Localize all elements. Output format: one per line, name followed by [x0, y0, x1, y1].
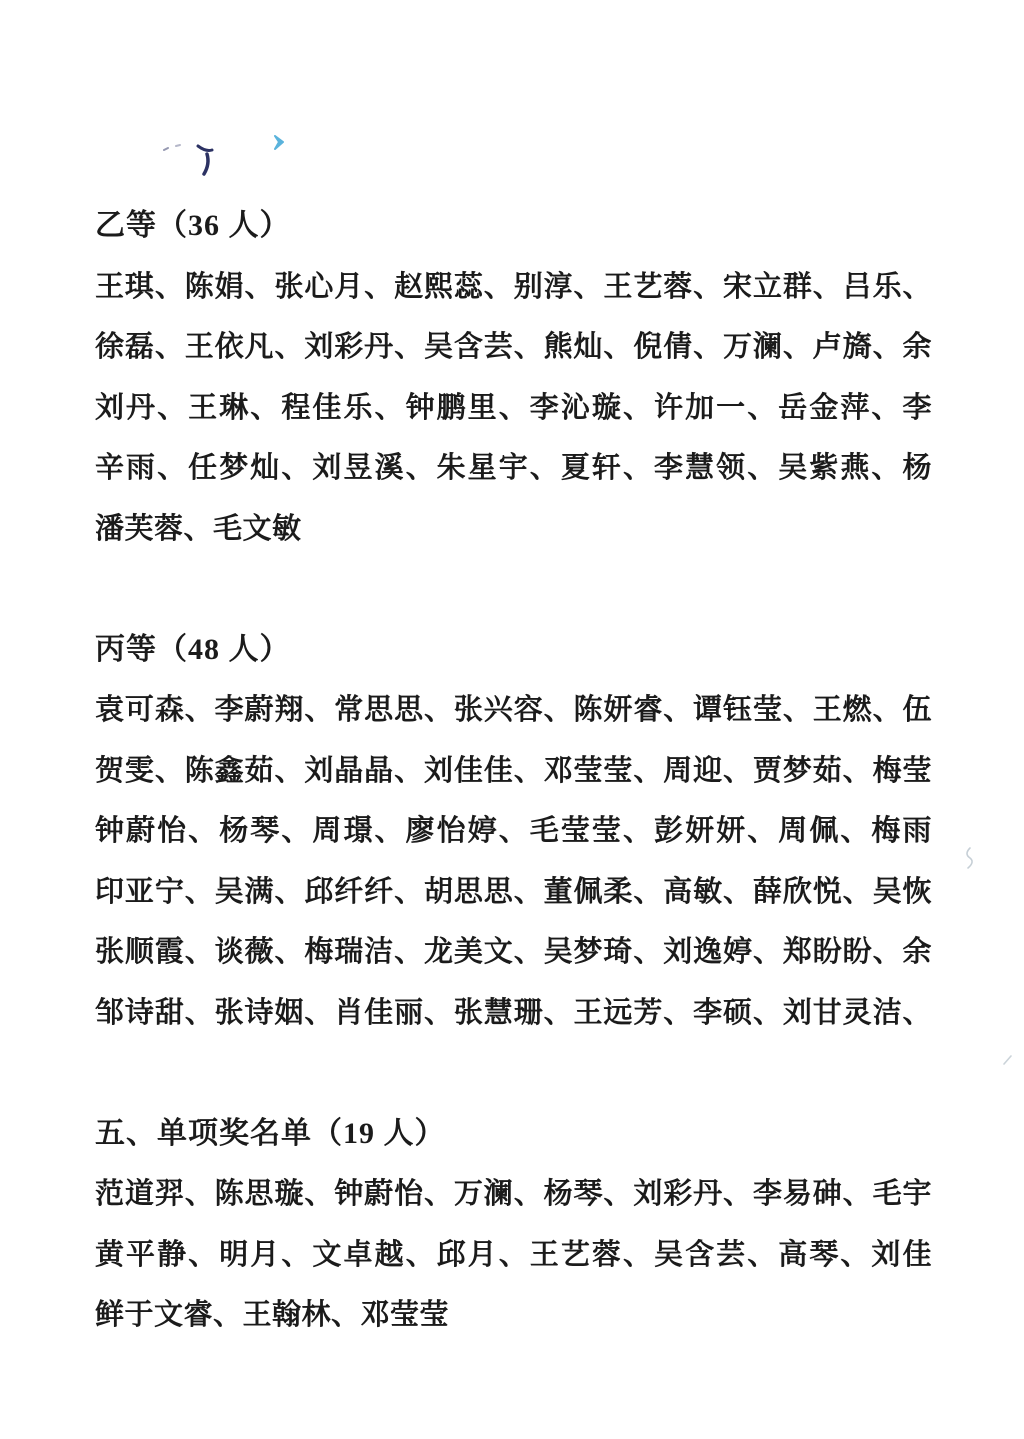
section-individual-awards-heading: 五、单项奖名单（19 人） — [95, 1104, 932, 1165]
name-list-line: 辛雨、任梦灿、刘昱溪、朱星宇、夏轩、李慧领、吴紫燕、杨慧、 — [95, 438, 932, 499]
name-list-line: 张顺霞、谈薇、梅瑞洁、龙美文、吴梦琦、刘逸婷、郑盼盼、余芷君、 — [95, 922, 932, 983]
section-grade-c: 丙等（48 人） 袁可森、李蔚翔、常思思、张兴容、陈妍睿、谭钰莹、王燃、伍孜帆、… — [95, 620, 932, 1044]
section-divider-space — [95, 1043, 932, 1104]
document-body: 乙等（36 人） 王琪、陈娟、张心月、赵熙蕊、别淳、王艺蓉、宋立群、吕乐、田可、… — [95, 196, 932, 1346]
scan-smudge-icon — [960, 845, 980, 871]
pen-squiggle-artifact-icon — [160, 128, 230, 188]
scanned-document-page: 乙等（36 人） 王琪、陈娟、张心月、赵熙蕊、别淳、王艺蓉、宋立群、吕乐、田可、… — [0, 0, 1024, 1439]
blue-ink-mark-icon — [270, 132, 290, 154]
name-list-line: 钟蔚怡、杨琴、周璟、廖怡婷、毛莹莹、彭妍妍、周佩、梅雨彤、 — [95, 801, 932, 862]
name-list-line: 范道羿、陈思璇、钟蔚怡、万澜、杨琴、刘彩丹、李易砷、毛宇涵、 — [95, 1164, 932, 1225]
name-list-line: 王琪、陈娟、张心月、赵熙蕊、别淳、王艺蓉、宋立群、吕乐、田可、 — [95, 257, 932, 318]
name-list-line: 鲜于文睿、王翰林、邓莹莹 — [95, 1285, 932, 1346]
section-grade-b: 乙等（36 人） 王琪、陈娟、张心月、赵熙蕊、别淳、王艺蓉、宋立群、吕乐、田可、… — [95, 196, 932, 559]
name-list-line: 袁可森、李蔚翔、常思思、张兴容、陈妍睿、谭钰莹、王燃、伍孜帆、 — [95, 680, 932, 741]
name-list-line: 潘芙蓉、毛文敏 — [95, 499, 932, 560]
name-list-line: 刘丹、王琳、程佳乐、钟鹏里、李沁璇、许加一、岳金萍、李倩、 — [95, 378, 932, 439]
name-list-line: 徐磊、王依凡、刘彩丹、吴含芸、熊灿、倪倩、万澜、卢旖、余涵桌、 — [95, 317, 932, 378]
name-list-line: 邹诗甜、张诗姻、肖佳丽、张慧珊、王远芳、李硕、刘甘灵洁、李阳 — [95, 983, 932, 1044]
section-individual-awards: 五、单项奖名单（19 人） 范道羿、陈思璇、钟蔚怡、万澜、杨琴、刘彩丹、李易砷、… — [95, 1104, 932, 1346]
section-divider-space — [95, 559, 932, 620]
name-list-line: 黄平静、明月、文卓越、邱月、王艺蓉、吴含芸、高琴、刘佳佳、 — [95, 1225, 932, 1286]
section-grade-c-heading: 丙等（48 人） — [95, 620, 932, 681]
scan-dash-icon — [1000, 1052, 1016, 1068]
name-list-line: 印亚宁、吴满、邱纤纤、胡思思、董佩柔、高敏、薛欣悦、吴恢燕、 — [95, 862, 932, 923]
name-list-line: 贺雯、陈鑫茹、刘晶晶、刘佳佳、邓莹莹、周迎、贾梦茹、梅莹梦、 — [95, 741, 932, 802]
section-grade-b-heading: 乙等（36 人） — [95, 196, 932, 257]
